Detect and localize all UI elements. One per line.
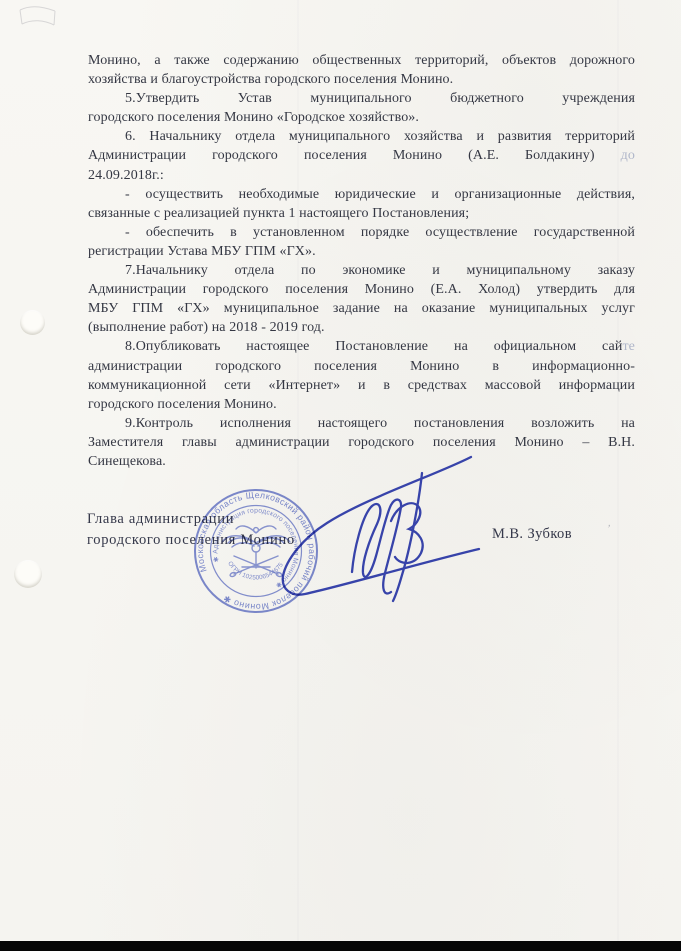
doc-line: связанные с реализацией пункта 1 настоящ… bbox=[88, 204, 635, 223]
svg-text:Московская область Щелковский: Московская область Щелковский район рабо… bbox=[186, 481, 326, 621]
doc-line-text: 8.Опубликовать настоящее Постановление н… bbox=[125, 339, 622, 354]
doc-line-text: Монино, а также содержанию общественных … bbox=[88, 53, 635, 68]
doc-line-text: 9.Контроль исполнения настоящего постано… bbox=[125, 416, 635, 431]
doc-line-text: - обеспечить в установленном порядке осу… bbox=[125, 225, 635, 240]
doc-line-text: 24.09.2018г.: bbox=[88, 168, 164, 183]
doc-line-text: 6. Начальнику отдела муниципального хозя… bbox=[125, 129, 635, 144]
scan-artifact-mark: ‚ bbox=[607, 517, 613, 530]
doc-line-text: связанные с реализацией пункта 1 настоящ… bbox=[88, 206, 469, 221]
doc-line-text: регистрации Устава МБУ ГПМ «ГХ». bbox=[88, 244, 316, 259]
doc-line-text: (выполнение работ) на 2018 - 2019 год. bbox=[88, 320, 325, 335]
doc-line: - осуществить необходимые юридические и … bbox=[88, 185, 635, 204]
doc-line: администрации городского поселения Монин… bbox=[88, 357, 635, 376]
doc-line-text: 5.Утвердить Устав муниципального бюджетн… bbox=[125, 91, 635, 106]
doc-line-faded-tail: те bbox=[622, 339, 635, 354]
doc-line: (выполнение работ) на 2018 - 2019 год. bbox=[88, 318, 635, 337]
doc-line: - обеспечить в установленном порядке осу… bbox=[88, 223, 635, 242]
doc-line-faded-tail: до bbox=[595, 148, 635, 163]
doc-line-text: коммуникационной сети «Интернет» и в сре… bbox=[88, 378, 635, 393]
doc-line-text: 7.Начальнику отдела по экономике и муниц… bbox=[125, 263, 635, 278]
doc-line: Монино, а также содержанию общественных … bbox=[88, 51, 635, 70]
doc-line-text: городского поселения Монино. bbox=[88, 397, 277, 412]
doc-line: 5.Утвердить Устав муниципального бюджетн… bbox=[88, 89, 635, 108]
doc-line: хозяйства и благоустройства городского п… bbox=[88, 70, 635, 89]
stamp-outer-text: Московская область Щелковский район рабо… bbox=[186, 481, 326, 621]
doc-line: регистрации Устава МБУ ГПМ «ГХ». bbox=[88, 242, 635, 261]
doc-line: Синещекова. bbox=[88, 452, 635, 471]
doc-line-text: Синещекова. bbox=[88, 454, 166, 469]
doc-line: Заместителя главы администрации городско… bbox=[88, 433, 635, 452]
doc-line: 7.Начальнику отдела по экономике и муниц… bbox=[88, 261, 635, 280]
doc-line-text: Администрации городского поселения Монин… bbox=[88, 148, 595, 163]
document-body: Монино, а также содержанию общественных … bbox=[88, 51, 635, 471]
doc-line: 8.Опубликовать настоящее Постановление н… bbox=[88, 337, 635, 356]
doc-line-text: Администрации городского поселения Монин… bbox=[88, 282, 635, 297]
doc-line: 24.09.2018г.: bbox=[88, 166, 635, 185]
doc-line: 6. Начальнику отдела муниципального хозя… bbox=[88, 127, 635, 146]
doc-line-text: хозяйства и благоустройства городского п… bbox=[88, 72, 453, 87]
doc-line-text: МБУ ГПМ «ГХ» муниципальное задание на ок… bbox=[88, 301, 635, 316]
scanner-edge-bar bbox=[0, 941, 681, 951]
official-round-stamp: Московская область Щелковский район рабо… bbox=[186, 481, 326, 621]
doc-line: Администрации городского поселения Монин… bbox=[88, 146, 635, 165]
doc-line-text: Заместителя главы администрации городско… bbox=[88, 435, 635, 450]
doc-line: Администрации городского поселения Монин… bbox=[88, 280, 635, 299]
doc-line-text: городского поселения Монино «Городское х… bbox=[88, 110, 419, 125]
signer-name: М.В. Зубков bbox=[492, 526, 572, 543]
doc-line-text: - осуществить необходимые юридические и … bbox=[125, 187, 635, 202]
doc-line-text: администрации городского поселения Монин… bbox=[88, 359, 635, 374]
punch-hole bbox=[20, 310, 45, 335]
doc-line: коммуникационной сети «Интернет» и в сре… bbox=[88, 376, 635, 395]
doc-line: городского поселения Монино. bbox=[88, 395, 635, 414]
doc-line: 9.Контроль исполнения настоящего постано… bbox=[88, 414, 635, 433]
doc-line: МБУ ГПМ «ГХ» муниципальное задание на ок… bbox=[88, 299, 635, 318]
punch-hole bbox=[14, 560, 42, 588]
doc-line: городского поселения Монино «Городское х… bbox=[88, 108, 635, 127]
scanned-document-page: Монино, а также содержанию общественных … bbox=[0, 0, 681, 951]
